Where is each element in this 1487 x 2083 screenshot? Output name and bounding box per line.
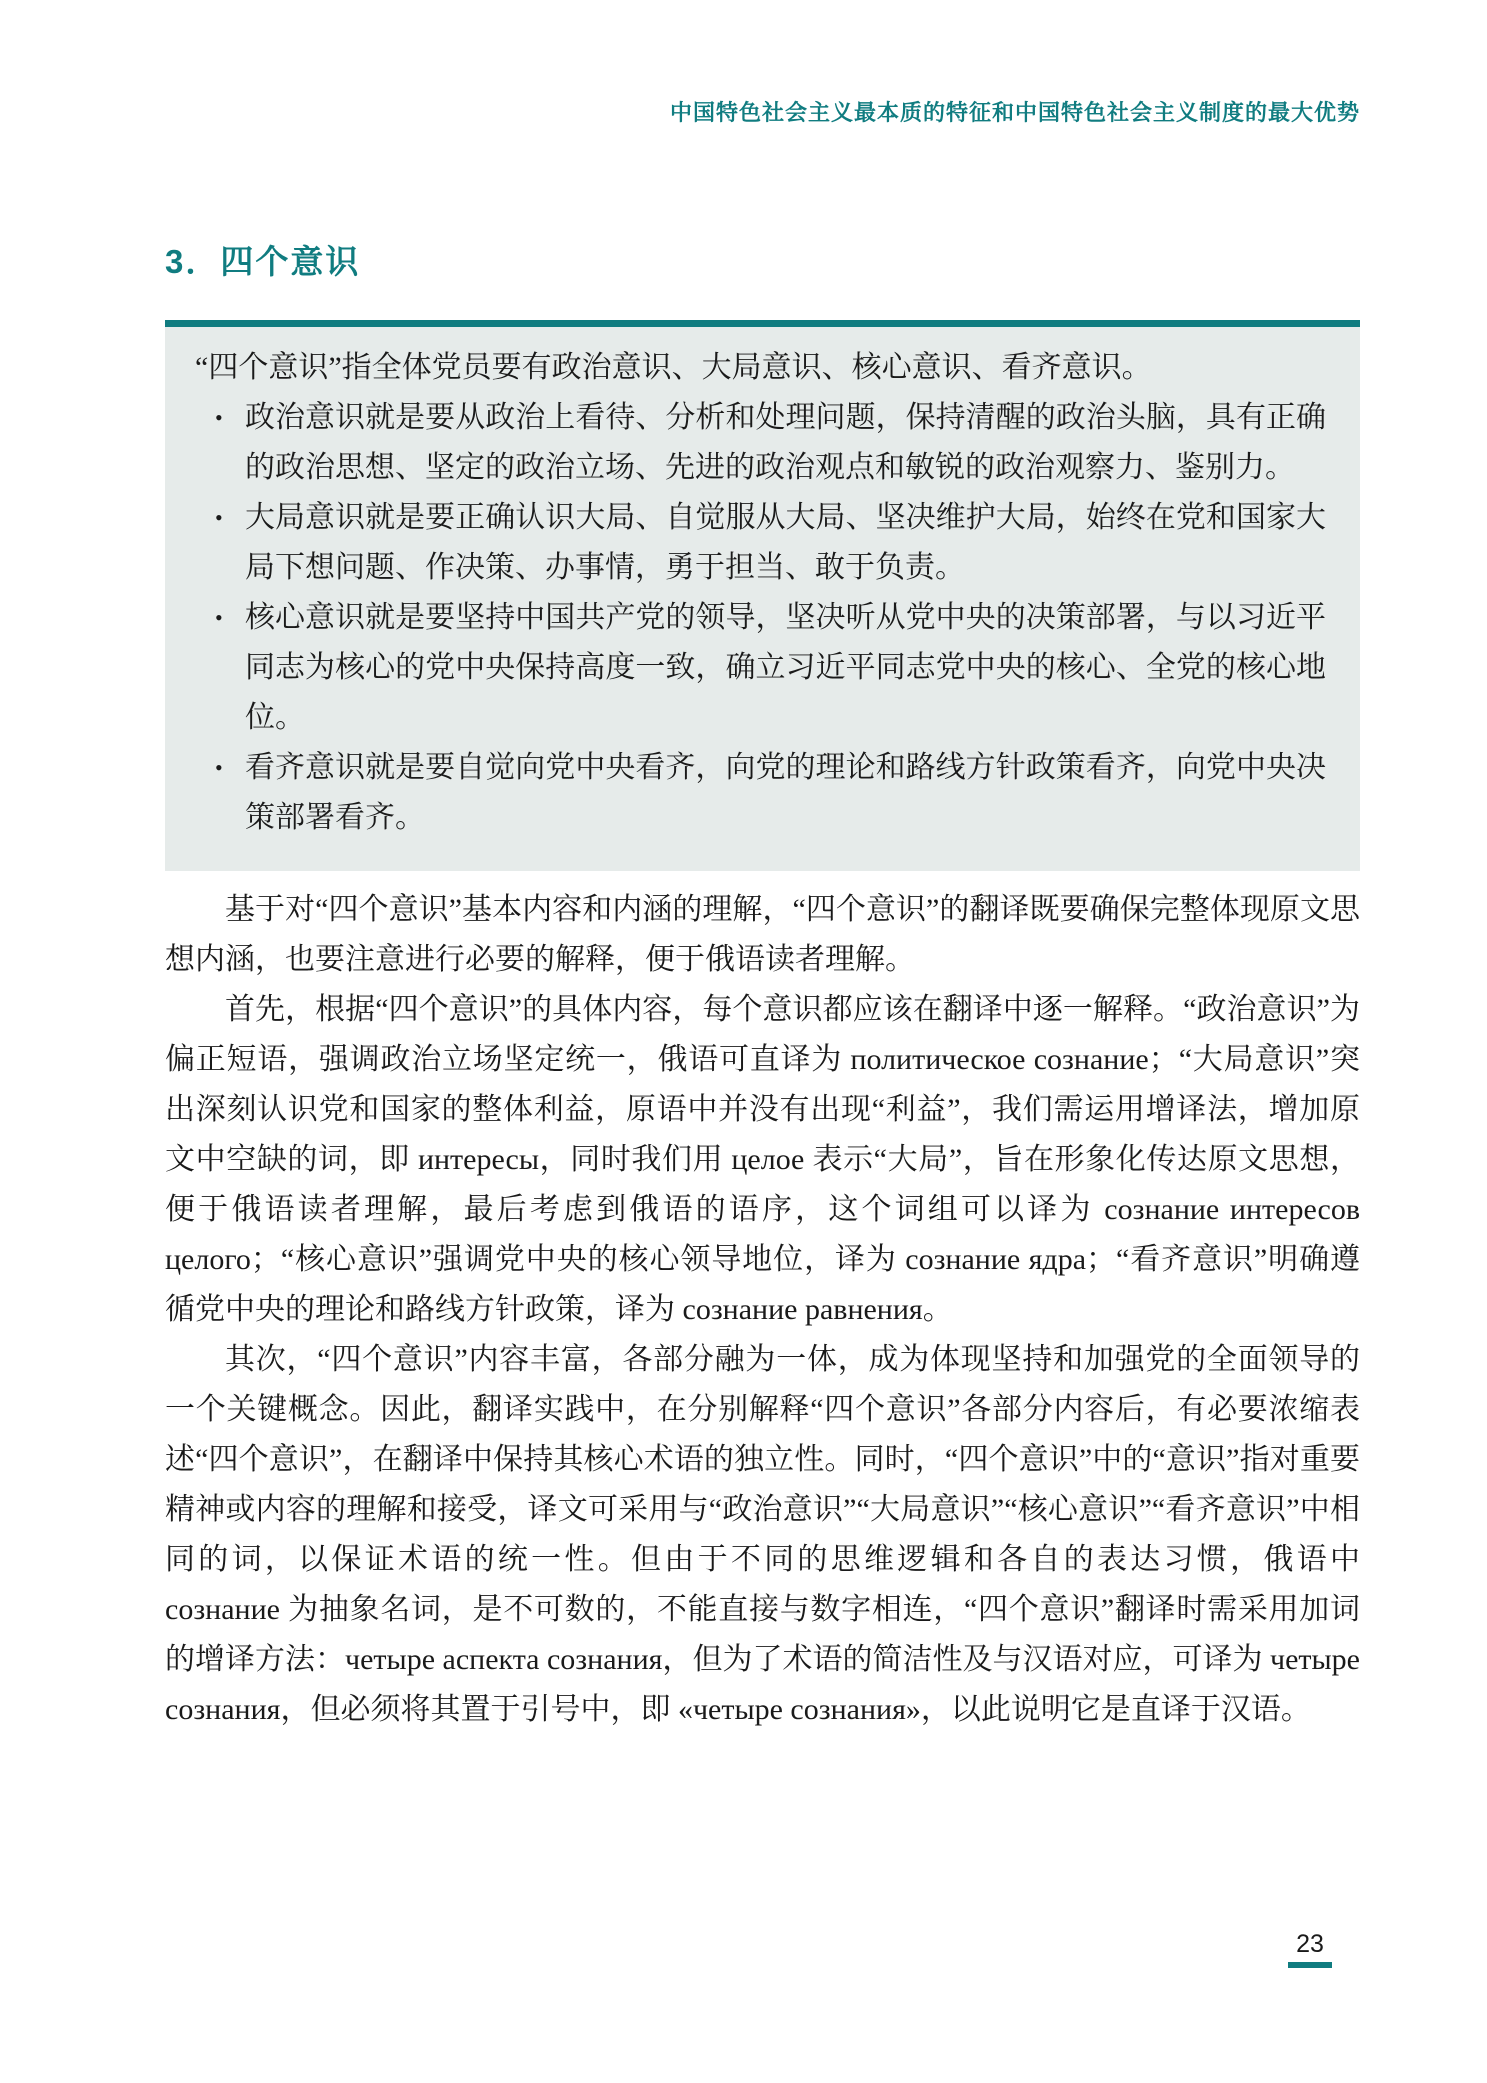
bullet-item: • 政治意识就是要从政治上看待、分析和处理问题，保持清醒的政治头脑，具有正确的政… (211, 393, 1326, 493)
bullet-item: • 核心意识就是要坚持中国共产党的领导，坚决听从党中央的决策部署，与以习近平同志… (211, 593, 1326, 743)
bullet-dot-icon: • (211, 493, 245, 543)
bullet-text: 核心意识就是要坚持中国共产党的领导，坚决听从党中央的决策部署，与以习近平同志为核… (245, 593, 1326, 743)
bullet-dot-icon: • (211, 743, 245, 793)
body-text: 基于对“四个意识”基本内容和内涵的理解，“四个意识”的翻译既要确保完整体现原文思… (165, 885, 1360, 1735)
running-header: 中国特色社会主义最本质的特征和中国特色社会主义制度的最大优势 (670, 96, 1360, 127)
bullet-text: 政治意识就是要从政治上看待、分析和处理问题，保持清醒的政治头脑，具有正确的政治思… (245, 393, 1326, 493)
paragraph: 其次，“四个意识”内容丰富，各部分融为一体，成为体现坚持和加强党的全面领导的一个… (165, 1335, 1360, 1735)
bullet-dot-icon: • (211, 593, 245, 643)
section-heading: 3．四个意识 (165, 236, 360, 283)
page-number: 23 (1288, 1930, 1332, 1968)
bullet-item: • 大局意识就是要正确认识大局、自觉服从大局、坚决维护大局，始终在党和国家大局下… (211, 493, 1326, 593)
bullet-list: • 政治意识就是要从政治上看待、分析和处理问题，保持清醒的政治头脑，具有正确的政… (195, 393, 1326, 843)
paragraph: 首先，根据“四个意识”的具体内容，每个意识都应该在翻译中逐一解释。“政治意识”为… (165, 985, 1360, 1335)
highlight-box-intro: “四个意识”指全体党员要有政治意识、大局意识、核心意识、看齐意识。 (195, 343, 1326, 393)
bullet-text: 看齐意识就是要自觉向党中央看齐，向党的理论和路线方针政策看齐，向党中央决策部署看… (245, 743, 1326, 843)
bullet-text: 大局意识就是要正确认识大局、自觉服从大局、坚决维护大局，始终在党和国家大局下想问… (245, 493, 1326, 593)
paragraph: 基于对“四个意识”基本内容和内涵的理解，“四个意识”的翻译既要确保完整体现原文思… (165, 885, 1360, 985)
page: { "page": { "running_header": "中国特色社会主义最… (0, 0, 1487, 2083)
bullet-item: • 看齐意识就是要自觉向党中央看齐，向党的理论和路线方针政策看齐，向党中央决策部… (211, 743, 1326, 843)
highlight-box: “四个意识”指全体党员要有政治意识、大局意识、核心意识、看齐意识。 • 政治意识… (165, 320, 1360, 871)
bullet-dot-icon: • (211, 393, 245, 443)
